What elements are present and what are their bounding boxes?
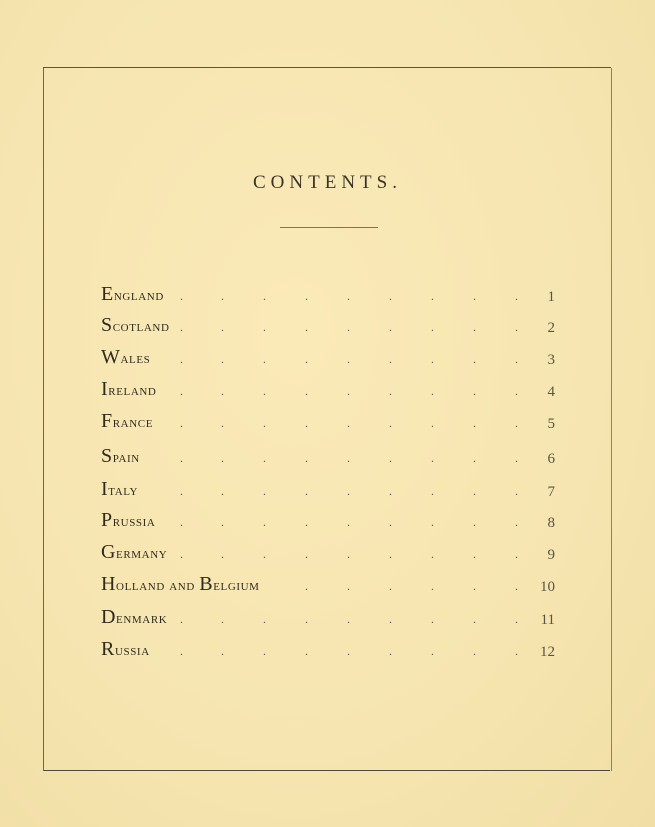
toc-entry[interactable]: France.........5 <box>101 409 561 433</box>
toc-entry-name: Wales <box>101 346 150 369</box>
toc-entry-name: Russia <box>101 638 150 661</box>
leader-dot: . <box>347 451 350 466</box>
leader-dot: . <box>431 547 434 562</box>
leader-dot: . <box>431 320 434 335</box>
leader-dot: . <box>263 384 266 399</box>
toc-entry-name: England <box>101 283 164 306</box>
leader-dot: . <box>473 451 476 466</box>
leader-dot: . <box>473 484 476 499</box>
leader-dot: . <box>221 320 224 335</box>
leader-dot: . <box>221 612 224 627</box>
leader-dot: . <box>347 320 350 335</box>
leader-dot: . <box>263 352 266 367</box>
leader-dot: . <box>347 612 350 627</box>
leader-dot: . <box>473 612 476 627</box>
leader-dot: . <box>305 515 308 530</box>
leader-dot: . <box>263 484 266 499</box>
toc-entry[interactable]: Italy.........7 <box>101 477 561 501</box>
leader-dot: . <box>263 320 266 335</box>
leader-dot: . <box>473 416 476 431</box>
leader-dot: . <box>347 352 350 367</box>
leader-dot: . <box>180 416 183 431</box>
leader-dot: . <box>515 289 518 304</box>
leader-dot: . <box>389 612 392 627</box>
toc-page-number: 2 <box>525 320 555 337</box>
leader-dot: . <box>221 289 224 304</box>
leader-dot: . <box>305 384 308 399</box>
leader-dot: . <box>347 515 350 530</box>
leader-dot: . <box>431 289 434 304</box>
toc-page-number: 10 <box>525 579 555 596</box>
toc-entry-name: Denmark <box>101 606 167 629</box>
leader-dot: . <box>221 644 224 659</box>
toc-entry[interactable]: Germany.........9 <box>101 540 561 564</box>
toc-page-number: 3 <box>525 352 555 369</box>
leader-dot: . <box>180 484 183 499</box>
toc-entry[interactable]: Russia.........12 <box>101 637 561 661</box>
toc-entry[interactable]: Ireland.........4 <box>101 377 561 401</box>
leader-dot: . <box>180 547 183 562</box>
leader-dot: . <box>347 289 350 304</box>
leader-dot: . <box>473 515 476 530</box>
leader-dot: . <box>515 547 518 562</box>
leader-dot: . <box>180 644 183 659</box>
leader-dot: . <box>347 579 350 594</box>
leader-dot: . <box>431 644 434 659</box>
leader-dot: . <box>431 612 434 627</box>
leader-dot: . <box>180 515 183 530</box>
toc-entry[interactable]: Holland and Belgium......10 <box>101 572 561 596</box>
leader-dot: . <box>305 320 308 335</box>
leader-dot: . <box>515 579 518 594</box>
leader-dot: . <box>389 547 392 562</box>
leader-dot: . <box>180 384 183 399</box>
leader-dot: . <box>305 612 308 627</box>
toc-page-number: 1 <box>525 289 555 306</box>
leader-dot: . <box>221 451 224 466</box>
toc-entry[interactable]: England.........1 <box>101 282 561 306</box>
leader-dot: . <box>431 451 434 466</box>
leader-dot: . <box>180 612 183 627</box>
leader-dot: . <box>305 451 308 466</box>
leader-dot: . <box>515 612 518 627</box>
leader-dot: . <box>305 579 308 594</box>
leader-dot: . <box>473 579 476 594</box>
leader-dot: . <box>389 484 392 499</box>
leader-dot: . <box>221 416 224 431</box>
leader-dot: . <box>221 352 224 367</box>
leader-dot: . <box>347 484 350 499</box>
leader-dot: . <box>431 484 434 499</box>
leader-dot: . <box>263 612 266 627</box>
toc-entry-name: Germany <box>101 541 167 564</box>
toc-entry-name: Scotland <box>101 314 170 337</box>
leader-dot: . <box>389 384 392 399</box>
toc-entry[interactable]: Prussia.........8 <box>101 508 561 532</box>
frame-bottom-rule <box>44 770 610 771</box>
leader-dot: . <box>221 547 224 562</box>
leader-dot: . <box>305 416 308 431</box>
toc-entry-name: Italy <box>101 478 138 501</box>
toc-entry-name: Ireland <box>101 378 156 401</box>
leader-dot: . <box>305 289 308 304</box>
leader-dot: . <box>347 644 350 659</box>
leader-dot: . <box>347 547 350 562</box>
leader-dot: . <box>473 384 476 399</box>
leader-dot: . <box>221 484 224 499</box>
leader-dot: . <box>347 416 350 431</box>
leader-dot: . <box>389 451 392 466</box>
leader-dot: . <box>431 579 434 594</box>
leader-dot: . <box>263 515 266 530</box>
leader-dot: . <box>431 352 434 367</box>
leader-dot: . <box>305 644 308 659</box>
leader-dot: . <box>263 644 266 659</box>
leader-dot: . <box>180 289 183 304</box>
leader-dot: . <box>389 352 392 367</box>
leader-dot: . <box>263 416 266 431</box>
leader-dot: . <box>473 320 476 335</box>
toc-entry-name: Spain <box>101 445 140 468</box>
leader-dot: . <box>389 515 392 530</box>
toc-entry[interactable]: Spain.........6 <box>101 444 561 468</box>
leader-dot: . <box>389 416 392 431</box>
leader-dot: . <box>389 289 392 304</box>
toc-entry-name: Prussia <box>101 509 155 532</box>
leader-dot: . <box>515 644 518 659</box>
toc-entry-name: Holland and Belgium <box>101 573 260 596</box>
toc-page-number: 6 <box>525 451 555 468</box>
leader-dot: . <box>305 352 308 367</box>
leader-dot: . <box>180 320 183 335</box>
toc-entry[interactable]: Denmark.........11 <box>101 605 561 629</box>
leader-dot: . <box>389 579 392 594</box>
leader-dot: . <box>515 515 518 530</box>
toc-entry[interactable]: Scotland.........2 <box>101 313 561 337</box>
leader-dot: . <box>389 320 392 335</box>
leader-dot: . <box>263 451 266 466</box>
toc-page-number: 12 <box>525 644 555 661</box>
leader-dot: . <box>431 384 434 399</box>
leader-dot: . <box>515 384 518 399</box>
toc-entry[interactable]: Wales.........3 <box>101 345 561 369</box>
leader-dot: . <box>473 289 476 304</box>
page-title: CONTENTS. <box>0 172 655 194</box>
title-divider <box>280 227 378 228</box>
leader-dot: . <box>263 547 266 562</box>
leader-dot: . <box>221 384 224 399</box>
toc-entry-name: France <box>101 410 153 433</box>
leader-dot: . <box>515 352 518 367</box>
toc-page-number: 5 <box>525 416 555 433</box>
leader-dot: . <box>431 416 434 431</box>
toc-page-number: 11 <box>525 612 555 629</box>
toc-page-number: 4 <box>525 384 555 401</box>
leader-dot: . <box>305 547 308 562</box>
toc-page-number: 9 <box>525 547 555 564</box>
leader-dot: . <box>431 515 434 530</box>
leader-dot: . <box>473 644 476 659</box>
leader-dot: . <box>180 352 183 367</box>
toc-page-number: 8 <box>525 515 555 532</box>
leader-dot: . <box>263 289 266 304</box>
leader-dot: . <box>515 451 518 466</box>
leader-dot: . <box>180 451 183 466</box>
leader-dot: . <box>515 416 518 431</box>
toc-page-number: 7 <box>525 484 555 501</box>
leader-dot: . <box>515 320 518 335</box>
leader-dot: . <box>473 547 476 562</box>
leader-dot: . <box>515 484 518 499</box>
leader-dot: . <box>389 644 392 659</box>
leader-dot: . <box>347 384 350 399</box>
leader-dot: . <box>305 484 308 499</box>
leader-dot: . <box>221 515 224 530</box>
leader-dot: . <box>473 352 476 367</box>
